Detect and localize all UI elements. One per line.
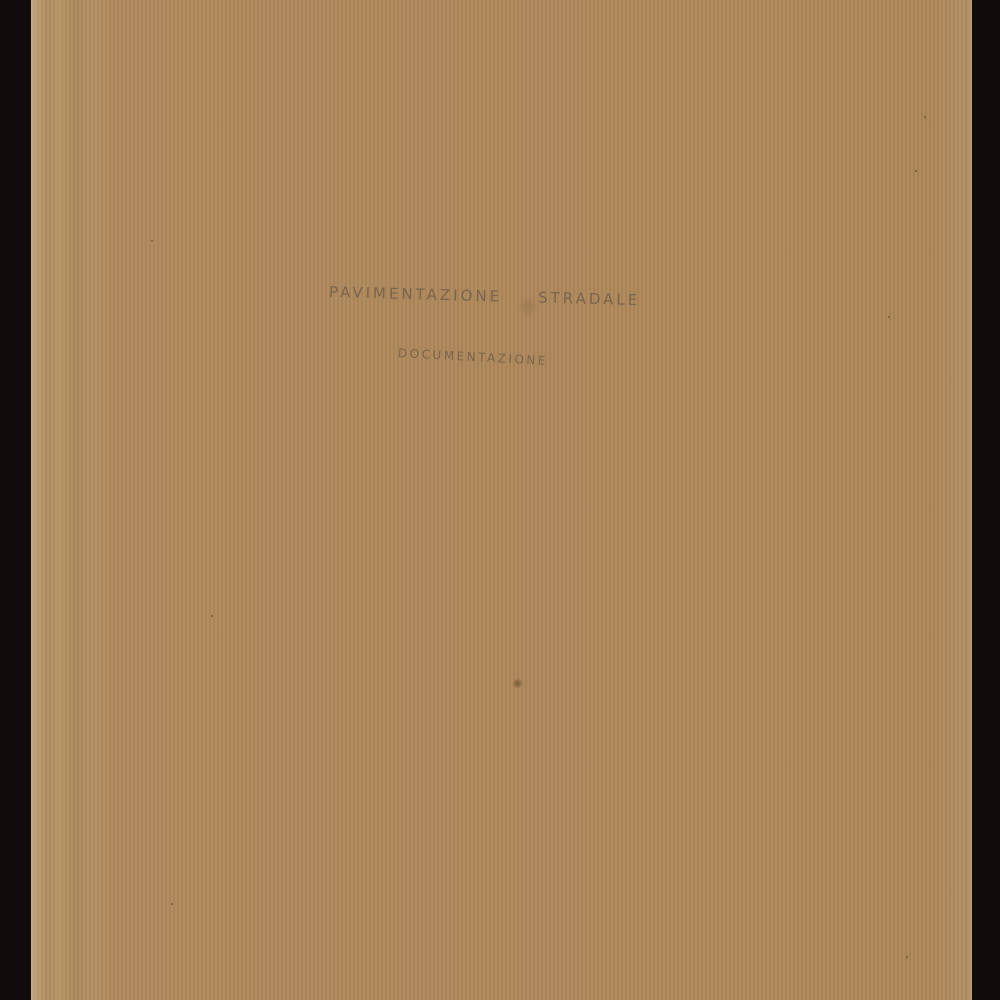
folder-cover: PAVIMENTAZIONESTRADALE DOCUMENTAZIONE xyxy=(31,0,972,1000)
paper-speck xyxy=(151,240,153,242)
spine-fold xyxy=(31,0,111,1000)
paper-speck xyxy=(906,956,908,958)
handwritten-subtitle: DOCUMENTAZIONE xyxy=(398,346,549,368)
title-word-1: PAVIMENTAZIONE xyxy=(329,283,503,306)
paper-speck xyxy=(211,615,213,617)
paper-speck xyxy=(915,170,917,172)
scan-background: PAVIMENTAZIONESTRADALE DOCUMENTAZIONE xyxy=(0,0,1000,1000)
paper-speck xyxy=(171,903,173,905)
paper-stain xyxy=(514,680,521,687)
cover-right-edge xyxy=(966,0,972,1000)
paper-speck xyxy=(888,316,890,318)
handwritten-title: PAVIMENTAZIONESTRADALE xyxy=(329,283,641,309)
title-word-2: STRADALE xyxy=(538,288,641,309)
paper-speck xyxy=(924,116,926,118)
